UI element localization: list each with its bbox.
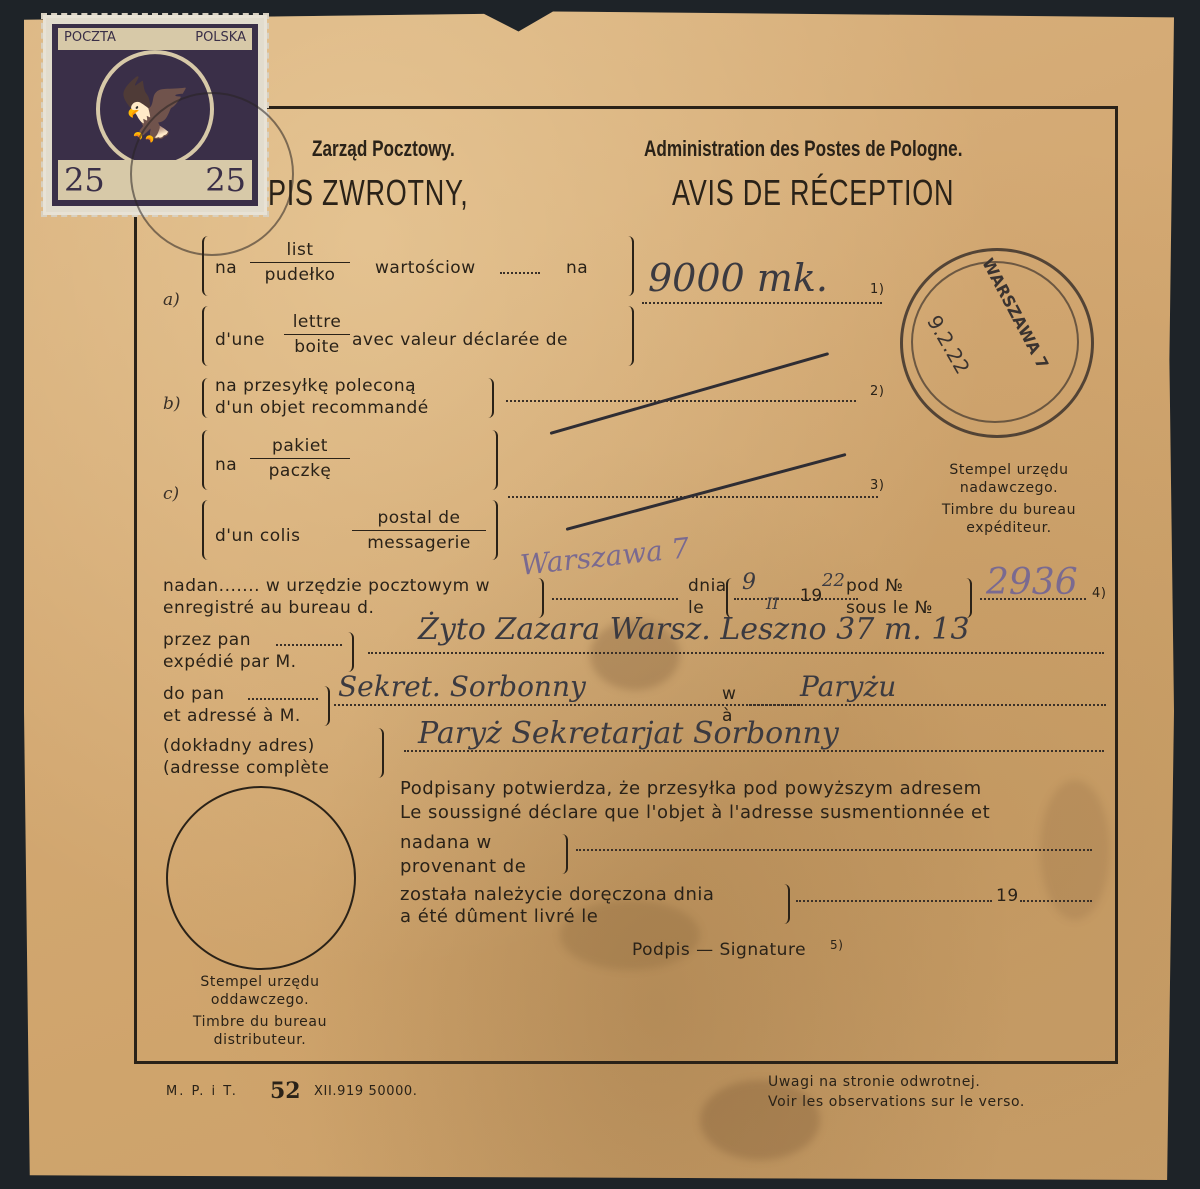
brace	[490, 500, 498, 560]
stamp-text-right: POLSKA	[195, 30, 246, 48]
stamp-value-left: 25	[64, 161, 105, 199]
receiver-caption-pl-1: Stempel urzędu	[170, 974, 350, 990]
pl-title: PIS ZWROTNY,	[268, 172, 469, 214]
fr-title: AVIS DE RÉCEPTION	[672, 172, 954, 214]
section-a-pl-fraction: list pudełko	[250, 240, 350, 285]
pl-admin-heading: Zarząd Pocztowy.	[312, 136, 455, 162]
footnote-4: 4)	[1092, 586, 1107, 601]
sender-label-fr: expédié par M.	[163, 652, 297, 672]
form-code: M. P. i T.	[166, 1084, 238, 1099]
declared-value-handwritten: 9000 mk.	[648, 256, 828, 300]
brace	[490, 430, 498, 490]
footnote-3: 3)	[870, 478, 885, 493]
value-line	[642, 302, 882, 304]
full-address-label-fr: (adresse complète	[163, 758, 329, 778]
origin-label-pl: nadana w	[400, 832, 492, 853]
sender-postmark: 9.2.22 WARSZAWA 7	[900, 248, 1094, 438]
delivered-label-pl: została należycie doręczona dnia	[400, 884, 714, 905]
delivery-year-field[interactable]	[1020, 900, 1092, 902]
brace	[202, 306, 210, 366]
receiver-caption-pl-2: oddawczego.	[170, 992, 350, 1008]
section-b-fr: d'un objet recommandé	[215, 398, 429, 418]
section-b-pl: na przesyłkę poleconą	[215, 376, 416, 396]
footer-note-pl: Uwagi na stronie odwrotnej.	[768, 1074, 980, 1090]
brace	[322, 686, 330, 726]
receiver-caption-fr-1: Timbre du bureau	[162, 1014, 358, 1030]
brace	[202, 500, 210, 560]
fraction-bottom: boite	[284, 337, 350, 357]
section-a-pl-suffix: na	[566, 258, 588, 278]
registration-number-handwritten: 2936	[986, 562, 1078, 603]
section-a-pl-prefix: na	[215, 258, 237, 278]
receiver-caption-fr-2: distributeur.	[162, 1032, 358, 1048]
signature-label: Podpis — Signature	[632, 940, 806, 960]
section-c-label: c)	[163, 484, 179, 504]
confirmation-fr: Le soussigné déclare que l'objet à l'adr…	[400, 802, 990, 823]
delivery-date-field[interactable]	[796, 900, 992, 902]
date-day-handwritten: 9	[742, 570, 756, 595]
footnote-1: 1)	[870, 282, 885, 297]
brace	[202, 378, 210, 418]
sender-handwritten: Żyto Zazara Warsz. Leszno 37 m. 13	[418, 612, 970, 647]
addressee-label-fr: et adressé à M.	[163, 706, 301, 726]
year-handwritten: 22	[822, 570, 845, 591]
brace	[626, 306, 634, 366]
section-c-fr-prefix: d'un colis	[215, 526, 300, 546]
section-a-pl-middle: wartościow	[375, 258, 476, 278]
fraction-bottom: pudełko	[250, 265, 350, 285]
origin-field[interactable]	[576, 849, 1092, 851]
year-prefix: 19	[800, 586, 823, 606]
full-address-handwritten: Paryż Sekretarjat Sorbonny	[418, 716, 839, 751]
brace	[202, 236, 210, 296]
city-field	[746, 704, 1106, 706]
full-address-label-pl: (dokładny adres)	[163, 736, 315, 756]
date-label-pl: dnia	[688, 576, 727, 596]
dotted-line	[506, 400, 856, 402]
dotted-line	[500, 272, 540, 274]
fraction-top: list	[250, 240, 350, 260]
print-info: XII.919 50000.	[314, 1084, 418, 1099]
sender-postmark-caption-pl-1: Stempel urzędu	[934, 462, 1084, 478]
fraction-top: lettre	[284, 312, 350, 332]
footnote-5: 5)	[830, 938, 844, 952]
registration-fr: enregistré au bureau d.	[163, 598, 374, 618]
footnote-2: 2)	[870, 384, 885, 399]
sender-field	[368, 652, 1104, 654]
section-a-fr-prefix: d'une	[215, 330, 265, 350]
fraction-top: pakiet	[250, 436, 350, 456]
brace	[346, 632, 354, 672]
brace	[202, 430, 210, 490]
fr-admin-heading: Administration des Postes de Pologne.	[644, 136, 962, 162]
section-a-fr-suffix: avec valeur déclarée de	[352, 330, 568, 350]
fraction-top: postal de	[352, 508, 486, 528]
sender-postmark-caption-pl-2: nadawczego.	[934, 480, 1084, 496]
brace	[376, 728, 384, 778]
brace	[560, 834, 568, 874]
dotted-line	[276, 644, 342, 646]
brace	[782, 884, 790, 924]
delivered-label-fr: a été dûment livré le	[400, 906, 598, 927]
addressee-handwritten: Sekret. Sorbonny	[338, 670, 586, 703]
section-a-label: a)	[163, 290, 180, 310]
stamp-text-left: POCZTA	[64, 30, 116, 48]
confirmation-pl: Podpisany potwierdza, że przesyłka pod p…	[400, 778, 982, 799]
number-label-pl: pod №	[846, 576, 904, 596]
dotted-line	[248, 698, 318, 700]
brace	[486, 378, 494, 418]
section-a-fr-fraction: lettre boite	[284, 312, 350, 357]
office-field	[552, 598, 678, 600]
registration-pl: nadan....... w urzędzie pocztowym w	[163, 576, 490, 596]
date-field	[734, 598, 858, 600]
fraction-bottom: messagerie	[352, 533, 486, 553]
origin-label-fr: provenant de	[400, 856, 526, 877]
stain	[700, 1080, 820, 1160]
receiver-postmark-circle	[166, 786, 356, 970]
city-handwritten: Paryżu	[800, 670, 896, 703]
sender-postmark-caption-fr-1: Timbre du bureau	[926, 502, 1092, 518]
delivery-year-prefix: 19	[996, 886, 1019, 906]
footer-note-fr: Voir les observations sur le verso.	[768, 1094, 1025, 1110]
section-b-label: b)	[163, 394, 181, 414]
section-c-fr-fraction: postal de messagerie	[352, 508, 486, 553]
city-label-pl: w	[722, 684, 736, 704]
form-number: 52	[270, 1078, 301, 1104]
sender-postmark-caption-fr-2: expéditeur.	[926, 520, 1092, 536]
section-c-pl-fraction: pakiet paczkę	[250, 436, 350, 481]
date-month-handwritten: II	[766, 594, 779, 613]
addressee-label-pl: do pan	[163, 684, 225, 704]
sender-label-pl: przez pan	[163, 630, 251, 650]
fraction-bottom: paczkę	[250, 461, 350, 481]
section-c-pl-prefix: na	[215, 455, 237, 475]
brace	[626, 236, 634, 296]
